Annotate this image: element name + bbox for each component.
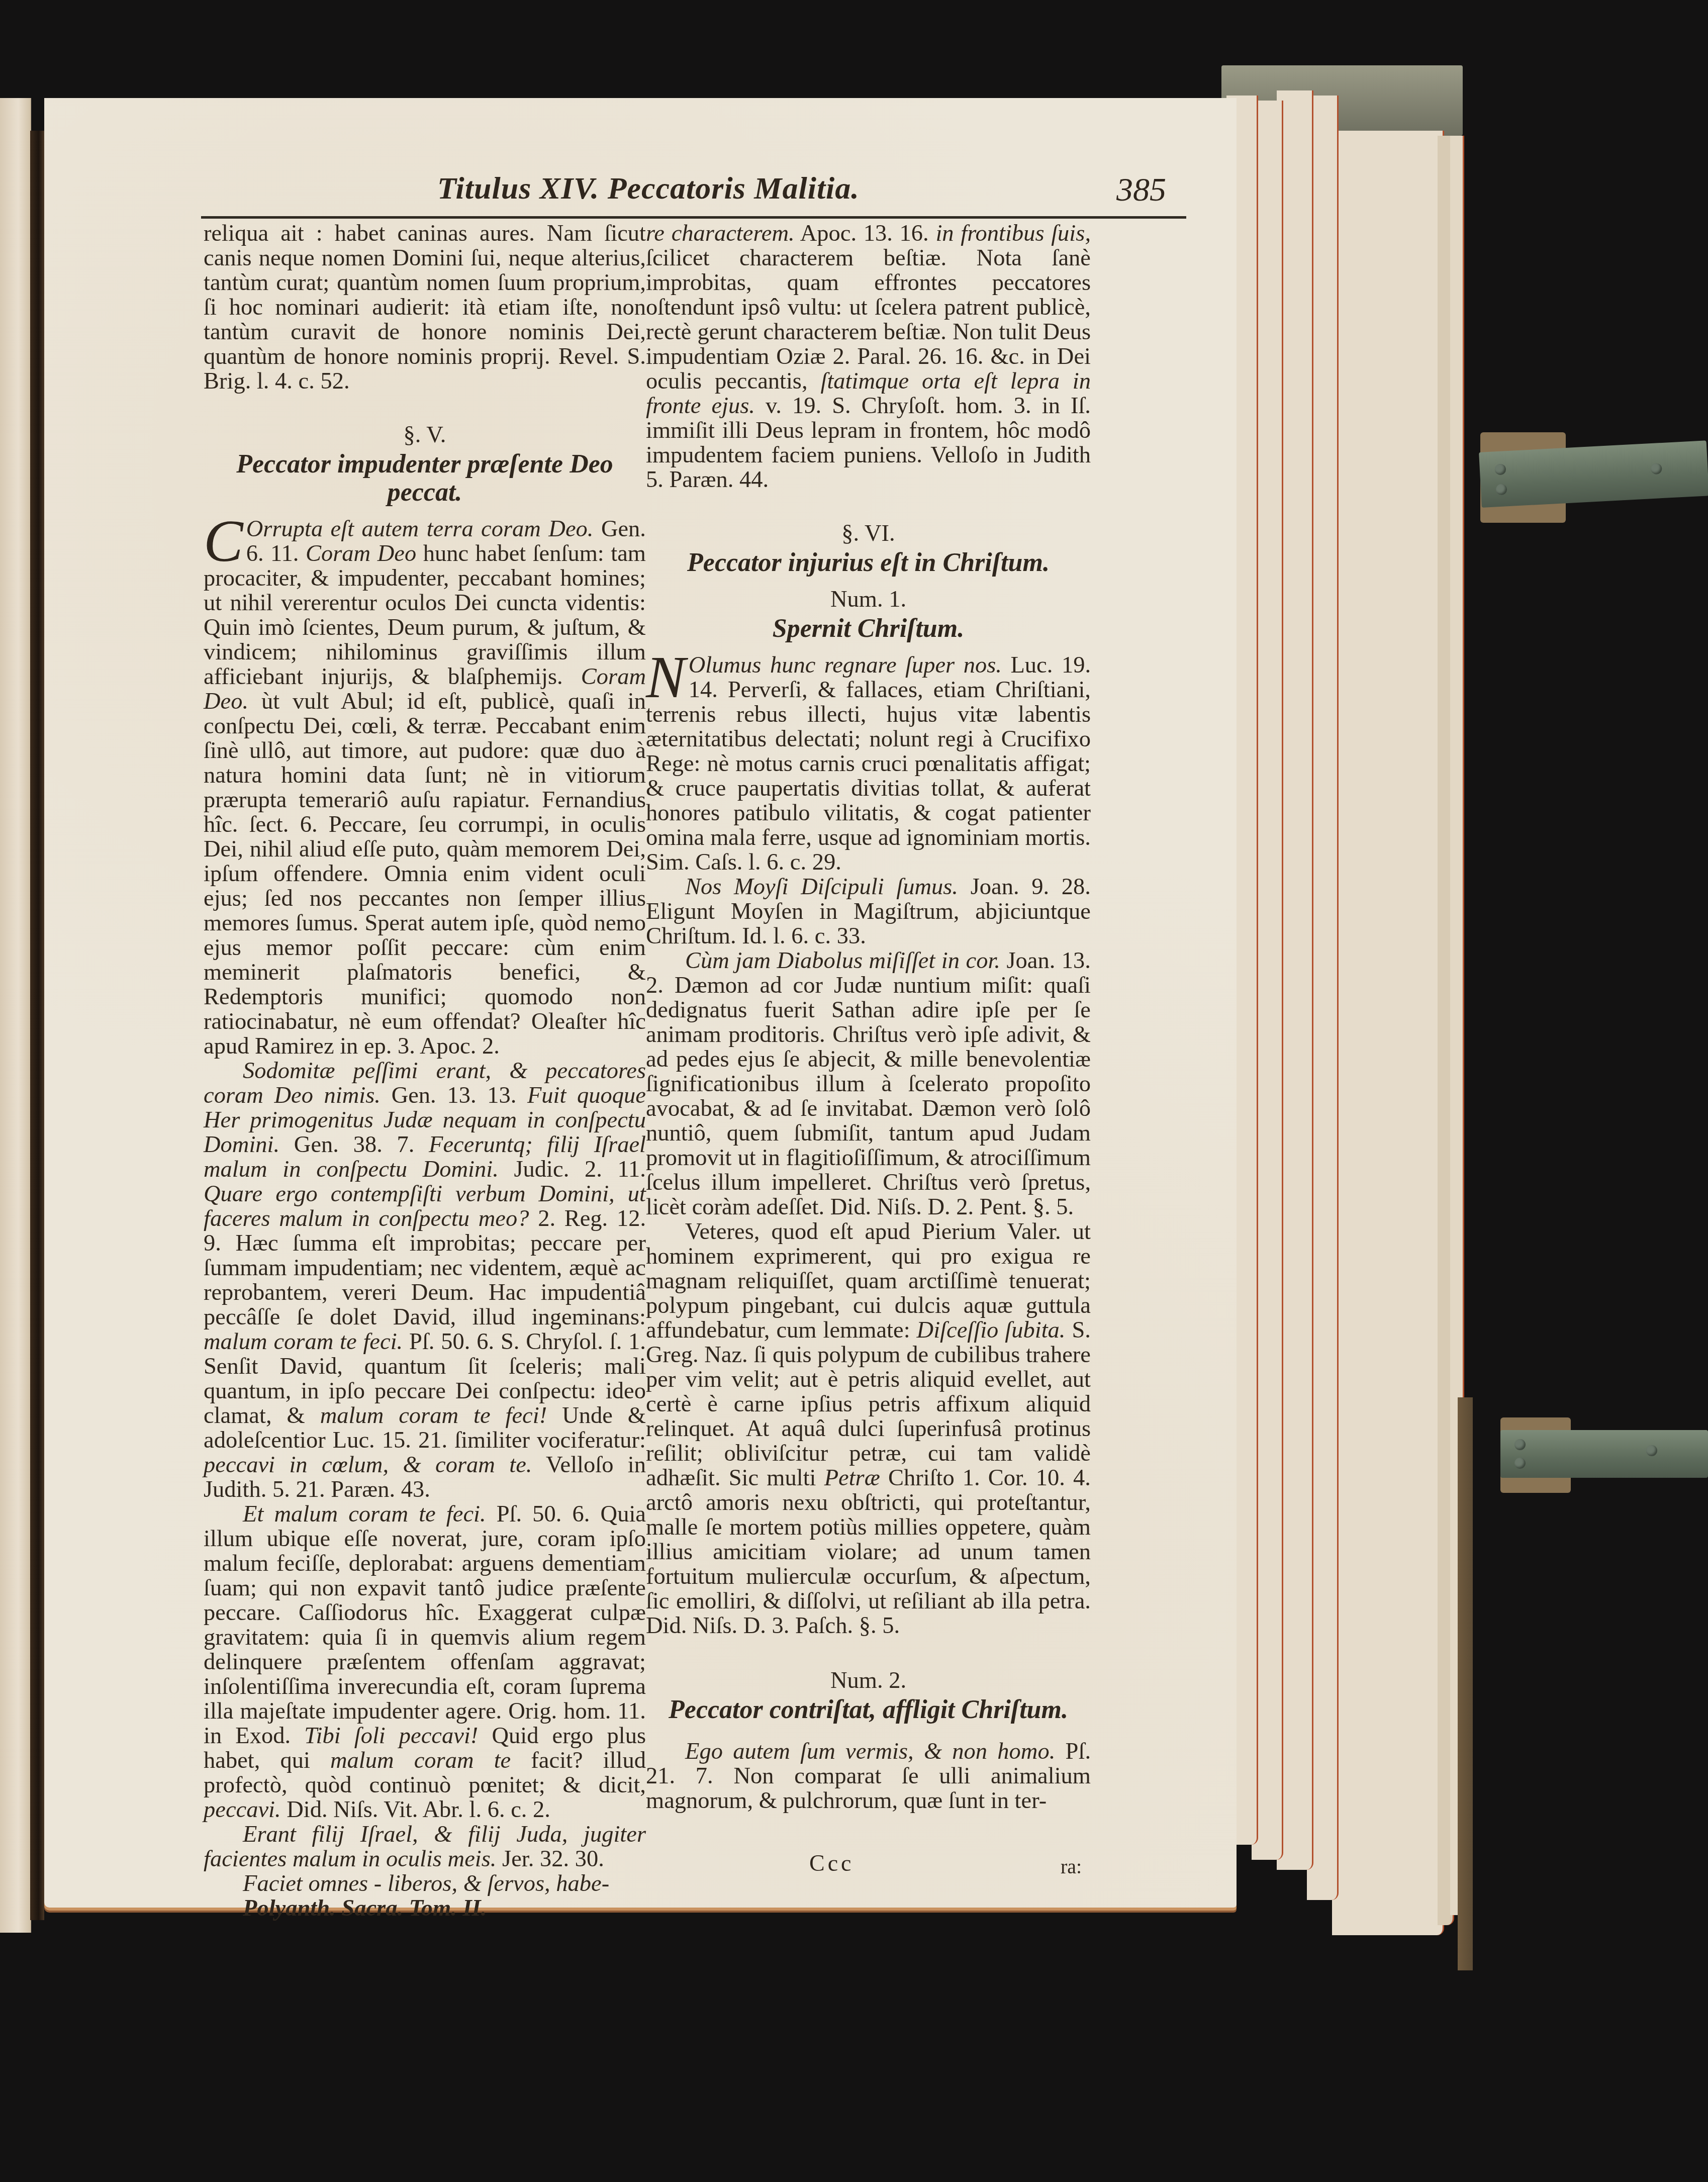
rivet-icon [1646,1445,1657,1456]
scripture-quote: Diſceſſio ſubita. [917,1317,1066,1343]
clasp-strap-lower [1500,1430,1708,1478]
scripture-quote: re characterem. [646,221,795,246]
rivet-icon [1514,1458,1526,1469]
rivet-icon [1495,484,1507,495]
drop-cap: C [204,517,243,566]
scripture-quote: Et malum coram te feci. [243,1501,486,1527]
paragraph: Cùm jam Diabolus miſiſſet in cor. Joan. … [646,948,1091,1219]
scripture-quote: Nos Moyſi Diſcipuli ſumus. [685,874,958,900]
clasp-strap-upper [1479,440,1708,508]
left-column: reliqua ait : habet caninas aures. Nam ſ… [204,221,646,1921]
paragraph: reliqua ait : habet caninas aures. Nam ſ… [204,221,646,394]
paragraph: Erant filij Iſrael, & filij Juda, jugite… [204,1822,646,1871]
rivet-icon [1514,1439,1526,1450]
right-column: re characterem. Apoc. 13. 16. in frontib… [646,221,1091,1813]
text: Joan. 13. 2. Dæmon ad cor Judæ nuntium m… [646,948,1091,1220]
scripture-quote: Orrupta eſt autem terra coram Deo. [246,516,594,542]
rivet-icon [1494,463,1506,475]
catchword: ra: [1061,1855,1082,1878]
text: Luc. 19. 14. Perverſi, & fallaces, etiam… [646,652,1091,875]
scripture-quote: peccavi. [204,1797,281,1823]
scripture-quote: Faciet omnes - liberos, & ſervos, habe- [243,1871,609,1896]
paragraph: Et malum coram te feci. Pſ. 50. 6. Quia … [204,1502,646,1822]
running-header: Titulus XIV. Peccatoris Malitia. 385 [201,171,1186,219]
running-title: Titulus XIV. Peccatoris Malitia. [437,171,860,207]
section-mark: §. VI. [646,521,1091,546]
section-mark: §. V. [204,423,646,447]
scripture-quote: Cùm jam Diabolus miſiſſet in cor. [685,948,1000,974]
paragraph: NOlumus hunc regnare ſuper nos. Luc. 19.… [646,653,1091,875]
subsection-title: Spernit Chriſtum. [661,615,1076,643]
paragraph: COrrupta eſt autem terra coram Deo. Gen.… [204,517,646,1059]
subsection-title: Peccator contriſtat, affligit Chriſtum. [661,1696,1076,1724]
scripture-quote: Olumus hunc regnare ſuper nos. [689,652,1002,678]
text: Did. Niſs. Vit. Abr. l. 6. c. 2. [281,1797,550,1823]
paragraph: Ego autem ſum vermis, & non homo. Pſ. 21… [646,1739,1091,1813]
rivet-icon [1651,463,1662,475]
section-title: Peccator impudenter præſente Deo peccat. [219,450,631,507]
scripture-quote: in frontibus ſuis, [935,221,1091,246]
scripture-quote: malum coram te [330,1748,511,1773]
text: Judic. 2. 11. [499,1157,646,1182]
scripture-quote: malum coram te feci! [320,1403,547,1429]
text: Pſ. 50. 6. Quia illum ubique eſſe novera… [204,1501,646,1749]
text: Gen. 38. 7. [279,1132,429,1158]
facing-page-edge [0,98,31,1933]
signature-mark: Ccc [809,1850,855,1876]
scripture-quote: Petræ [824,1465,880,1491]
scripture-quote: Coram Deo [306,541,416,566]
page-stack-edge [1332,131,1444,1935]
scripture-quote: malum coram te feci. [204,1329,403,1355]
scripture-quote: peccavi in cœlum, & coram te. [204,1452,532,1478]
page-number: 385 [1116,171,1166,209]
section-title: Peccator injurius eſt in Chriſtum. [661,549,1076,577]
footer-volume-title: Polyanth. Sacra. Tom. II. [204,1896,646,1921]
paragraph: re characterem. Apoc. 13. 16. in frontib… [646,221,1091,492]
number-mark: Num. 1. [646,587,1091,612]
scripture-quote: Ego autem ſum vermis, & non homo. [685,1739,1055,1764]
paragraph: Sodomitæ peſſimi erant, & peccatores cor… [204,1059,646,1502]
scripture-quote: Tibi ſoli peccavi! [304,1723,478,1749]
text: Chriſto 1. Cor. 10. 4. arctô amoris nexu… [646,1465,1091,1639]
book-gutter [30,131,44,1920]
text: Gen. 13. 13. [381,1083,527,1108]
book-cover-edge [1458,1397,1473,1970]
number-mark: Num. 2. [646,1668,1091,1693]
paragraph: Nos Moyſi Diſcipuli ſumus. Joan. 9. 28. … [646,875,1091,948]
paragraph: Faciet omnes - liberos, & ſervos, habe- [204,1871,646,1896]
text: ùt vult Abul; id eſt, publicè, quaſi in … [204,689,646,1059]
drop-cap: N [646,653,686,702]
paragraph: Veteres, quod eſt apud Pierium Valer. ut… [646,1219,1091,1638]
text: Jer. 32. 30. [496,1846,604,1872]
text: Apoc. 13. 16. [795,221,936,246]
